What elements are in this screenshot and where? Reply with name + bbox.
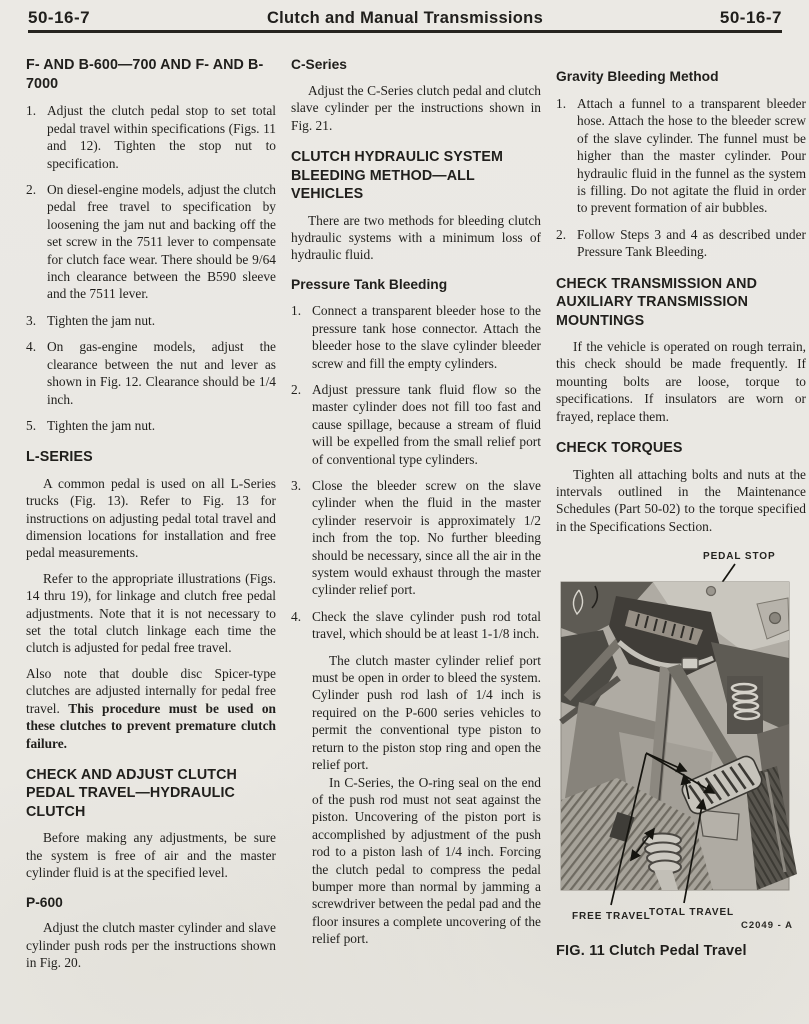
list-number: 1.: [556, 95, 577, 217]
paragraph: Adjust the clutch master cylinder and sl…: [26, 919, 276, 971]
list-item: 5.Tighten the jam nut.: [26, 417, 276, 434]
clutch-pedal-photo: PEDAL STOP: [556, 547, 798, 933]
paragraph: Tighten all attaching bolts and nuts at …: [556, 466, 806, 536]
list-item: 2.Follow Steps 3 and 4 as described unde…: [556, 226, 806, 261]
list-text: Close the bleeder screw on the slave cyl…: [312, 477, 541, 599]
column-1: F- AND B-600—700 AND F- AND B-70001.Adju…: [26, 56, 276, 979]
list-text: On diesel-engine models, adjust the clut…: [47, 181, 276, 303]
list-number: 4.: [26, 338, 47, 408]
list-number: 3.: [291, 477, 312, 599]
list-number: 2.: [26, 181, 47, 303]
page-number-right: 50-16-7: [720, 9, 782, 26]
list-item: 1.Attach a funnel to a transparent bleed…: [556, 95, 806, 217]
page-number-left: 50-16-7: [28, 9, 90, 26]
page-title: Clutch and Manual Transmissions: [90, 10, 720, 27]
sub-heading: C-Series: [291, 56, 541, 74]
figure-caption: FIG. 11 Clutch Pedal Travel: [556, 943, 806, 960]
paragraph: There are two methods for bleeding clutc…: [291, 212, 541, 264]
sub-heading: Pressure Tank Bleeding: [291, 276, 541, 294]
section-heading: F- AND B-600—700 AND F- AND B-7000: [26, 56, 276, 93]
pedal-stop-label: PEDAL STOP: [703, 551, 776, 562]
list-item: 1.Adjust the clutch pedal stop to set to…: [26, 102, 276, 172]
list-item: 2.Adjust pressure tank fluid flow so the…: [291, 381, 541, 468]
list-item: 4.Check the slave cylinder push rod tota…: [291, 608, 541, 643]
list-text: Tighten the jam nut.: [47, 312, 276, 329]
section-heading: CHECK AND ADJUST CLUTCH PEDAL TRAVEL—HYD…: [26, 766, 276, 822]
page-header: 50-16-7 Clutch and Manual Transmissions …: [0, 0, 809, 27]
section-heading: CHECK TORQUES: [556, 439, 806, 458]
figure-11: PEDAL STOP: [556, 547, 806, 960]
figure-code: C2049 - A: [741, 920, 793, 931]
list-text: Follow Steps 3 and 4 as described under …: [577, 226, 806, 261]
list-text: Check the slave cylinder push rod total …: [312, 608, 541, 643]
list-item: 1.Connect a transparent bleeder hose to …: [291, 302, 541, 372]
list-number: 3.: [26, 312, 47, 329]
paragraph: The clutch master cylinder relief port m…: [312, 652, 541, 774]
photo-artwork: [561, 582, 797, 890]
paragraph: If the vehicle is operated on rough terr…: [556, 338, 806, 425]
paragraph: Adjust the C-Series clutch pedal and clu…: [291, 82, 541, 134]
list-number: 1.: [26, 102, 47, 172]
list-text: Connect a transparent bleeder hose to th…: [312, 302, 541, 372]
free-travel-label: FREE TRAVEL: [572, 911, 651, 922]
list-item: 4.On gas-engine models, adjust the clear…: [26, 338, 276, 408]
section-heading: CLUTCH HYDRAULIC SYSTEM BLEEDING METHOD—…: [291, 148, 541, 204]
paragraph: In C-Series, the O-ring seal on the end …: [312, 774, 541, 948]
sub-heading: P-600: [26, 894, 276, 912]
list-item: 3.Tighten the jam nut.: [26, 312, 276, 329]
list-number: 5.: [26, 417, 47, 434]
section-heading: CHECK TRANSMISSION AND AUXILIARY TRANSMI…: [556, 275, 806, 331]
list-text: On gas-engine models, adjust the clearan…: [47, 338, 276, 408]
list-number: 4.: [291, 608, 312, 643]
three-column-layout: F- AND B-600—700 AND F- AND B-70001.Adju…: [0, 33, 809, 979]
column-2: C-SeriesAdjust the C-Series clutch pedal…: [291, 56, 541, 979]
list-text: Adjust pressure tank fluid flow so the m…: [312, 381, 541, 468]
list-text: Attach a funnel to a transparent bleeder…: [577, 95, 806, 217]
list-item: 3.Close the bleeder screw on the slave c…: [291, 477, 541, 599]
column-3: Gravity Bleeding Method1.Attach a funnel…: [556, 68, 806, 535]
paragraph: Before making any adjustments, be sure t…: [26, 829, 276, 881]
paragraph: Also note that double disc Spicer-type c…: [26, 665, 276, 752]
paragraph: A common pedal is used on all L-Series t…: [26, 475, 276, 562]
total-travel-label: TOTAL TRAVEL: [649, 907, 734, 918]
sub-heading: Gravity Bleeding Method: [556, 68, 806, 86]
list-number: 2.: [556, 226, 577, 261]
section-heading: L-SERIES: [26, 448, 276, 467]
list-text: Adjust the clutch pedal stop to set tota…: [47, 102, 276, 172]
paragraph: Refer to the appropriate illustrations (…: [26, 570, 276, 657]
list-text: Tighten the jam nut.: [47, 417, 276, 434]
manual-page: 50-16-7 Clutch and Manual Transmissions …: [0, 0, 809, 1024]
column-3-wrap: Gravity Bleeding Method1.Attach a funnel…: [556, 56, 806, 979]
list-number: 1.: [291, 302, 312, 372]
list-number: 2.: [291, 381, 312, 468]
list-item: 2.On diesel-engine models, adjust the cl…: [26, 181, 276, 303]
